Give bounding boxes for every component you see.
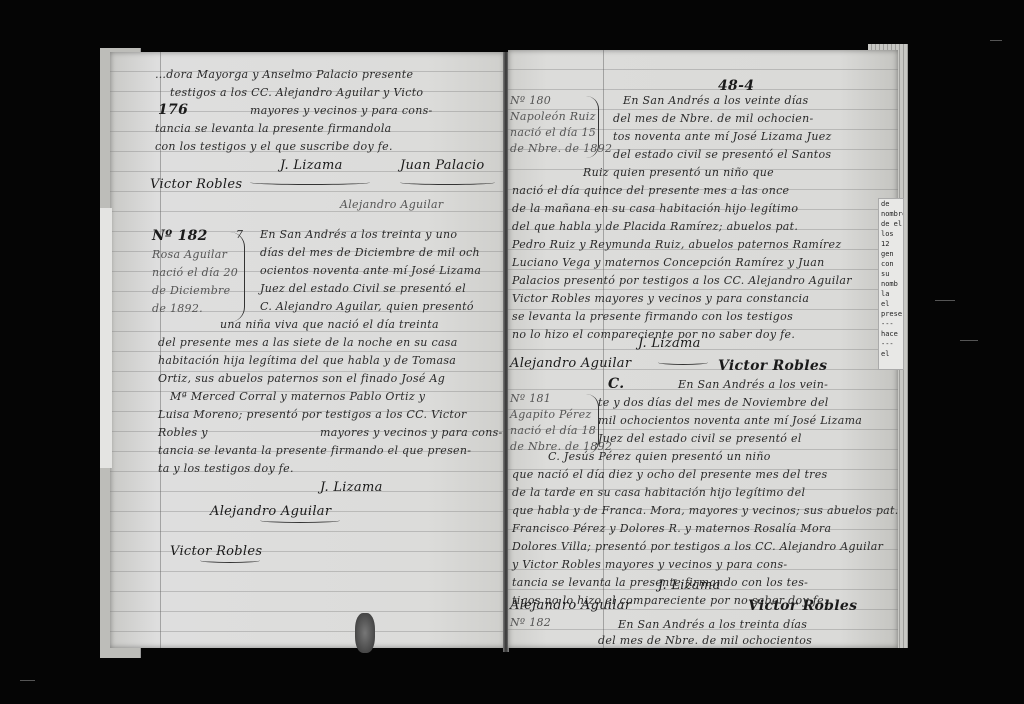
binder-clip — [355, 613, 375, 653]
text-line: mayores y vecinos y para cons- — [320, 426, 503, 439]
text-line: que nació el día diez y ocho del present… — [512, 468, 828, 481]
clipping-text: nombre — [879, 209, 903, 219]
text-line: tancia se levanta la presente firmando e… — [158, 444, 471, 457]
loose-flyleaf — [100, 208, 112, 468]
margin-note: Nº 181 — [510, 392, 551, 405]
text-line: de la tarde en su casa habitación hijo l… — [512, 486, 805, 499]
film-speck — [990, 40, 1002, 41]
signature-flourish — [260, 518, 340, 523]
text-line: días del mes de Diciembre de mil och — [260, 246, 480, 259]
open-register-book: …dora Mayorga y Anselmo Palacio presente… — [100, 38, 910, 663]
text-line: C. Jesús Pérez quien presentó un niño — [548, 450, 771, 463]
clipping-text: --- — [879, 339, 903, 349]
margin-name: Rosa Aguilar — [152, 248, 227, 261]
clipping-text: la — [879, 289, 903, 299]
text-line: nació el día quince del presente mes a l… — [512, 184, 789, 197]
text-line: Juez del estado civil se presentó el — [598, 432, 802, 445]
text-line: te y dos días del mes de Noviembre del — [598, 396, 829, 409]
text-line: Dolores Villa; presentó por testigos a l… — [512, 540, 883, 553]
clipping-text: 12 — [879, 239, 903, 249]
margin-note: de 1892. — [152, 302, 203, 315]
signature: J. Lizama — [320, 480, 383, 495]
text-line: Francisco Pérez y Dolores R. y maternos … — [512, 522, 831, 535]
text-line: Luisa Moreno; presentó por testigos a lo… — [158, 408, 467, 421]
text-line: del presente mes a las siete de la noche… — [158, 336, 458, 349]
text-line: tancia se levanta la presente firmandola — [155, 122, 392, 135]
text-line: testigos a los CC. Alejandro Aguilar y V… — [170, 86, 423, 99]
text-line: Pedro Ruiz y Reymunda Ruiz, abuelos pate… — [512, 238, 841, 251]
clipping-text: el — [879, 349, 903, 359]
text-line: mil ochocientos noventa ante mí José Liz… — [598, 414, 862, 427]
attached-printed-clipping: de nombre de el los 12 gen con su nomb l… — [878, 198, 904, 370]
text-line: y Victor Robles mayores y vecinos y para… — [512, 558, 787, 571]
clipping-text: los — [879, 229, 903, 239]
text-line: Palacios presentó por testigos a los CC.… — [512, 274, 852, 287]
clipping-text: prese — [879, 309, 903, 319]
text-line: del estado civil se presentó el Santos — [613, 148, 831, 161]
clipping-text: su — [879, 269, 903, 279]
margin-note: de Diciembre — [152, 284, 230, 297]
text-line: C. Alejandro Aguilar, quien presentó — [260, 300, 474, 313]
signature: Alejandro Aguilar — [510, 598, 631, 613]
signature: Victor Robles — [718, 358, 827, 374]
text-line: En San Andrés a los vein- — [678, 378, 828, 391]
text-line: una niña viva que nació el día treinta — [220, 318, 439, 331]
margin-name: Agapito Pérez — [510, 408, 592, 421]
margin-note: nació el día 15 — [510, 126, 596, 139]
text-line: del que habla y de Placida Ramírez; abue… — [512, 220, 798, 233]
text-line: Ruiz quien presentó un niño que — [583, 166, 774, 179]
text-line: Juez del estado Civil se presentó el — [260, 282, 466, 295]
text-line: con los testigos y el que suscribe doy f… — [155, 140, 393, 153]
text-line: En San Andrés a los veinte días — [623, 94, 808, 107]
margin-bracket — [230, 232, 245, 322]
signature: Victor Robles — [150, 177, 242, 192]
text-line: habitación hija legítima del que habla y… — [158, 354, 456, 367]
entry-number: Nº 182 — [152, 228, 208, 244]
signature: Alejandro Aguilar — [510, 356, 631, 371]
film-speck — [960, 340, 978, 341]
signature: Victor Robles — [170, 544, 262, 559]
signature: Alejandro Aguilar — [210, 504, 331, 519]
page-number: 48-4 — [718, 78, 754, 94]
left-page: …dora Mayorga y Anselmo Palacio presente… — [110, 52, 505, 648]
signature-flourish — [200, 558, 260, 563]
film-speck — [20, 680, 35, 681]
text-line: Mª Merced Corral y maternos Pablo Ortiz … — [170, 390, 425, 403]
text-line: del mes de Nbre. de mil ochocien- — [613, 112, 814, 125]
margin-note: Nº 180 — [510, 94, 551, 107]
text-line: que habla y de Franca. Mora, mayores y v… — [512, 504, 898, 517]
text-line: En San Andrés a los treinta días — [618, 618, 807, 631]
clipping-text: gen — [879, 249, 903, 259]
text-line: de la mañana en su casa habitación hijo … — [512, 202, 798, 215]
margin-note: Nº 182 — [510, 616, 551, 629]
signature: Victor Robles — [748, 598, 857, 614]
text-line: se levanta la presente firmando con los … — [512, 310, 793, 323]
entry-marker: 7 — [236, 228, 243, 241]
text-line: Victor Robles mayores y vecinos y para c… — [512, 292, 809, 305]
text-line: ocientos noventa ante mí José Lizama — [260, 264, 481, 277]
signature-flourish — [250, 180, 370, 185]
text-line: Ortiz, sus abuelos paternos son el finad… — [158, 372, 445, 385]
signature: J. Lizama — [280, 158, 343, 173]
text-line: …dora Mayorga y Anselmo Palacio presente — [155, 68, 413, 81]
margin-name: Napoleón Ruiz — [510, 110, 596, 123]
film-speck — [935, 300, 955, 301]
entry-number: 176 — [158, 102, 188, 118]
text-line: tos noventa ante mí José Lizama Juez — [613, 130, 832, 143]
margin-note: nació el día 18 — [510, 424, 596, 437]
text-line: del mes de Nbre. de mil ochocientos — [598, 634, 812, 647]
margin-note: nació el día 20 — [152, 266, 238, 279]
text-line: mayores y vecinos y para cons- — [250, 104, 433, 117]
text-line: En San Andrés a los treinta y uno — [260, 228, 457, 241]
clipping-text: el — [879, 299, 903, 309]
clipping-text: nomb — [879, 279, 903, 289]
signature-flourish — [658, 360, 708, 365]
signature-flourish — [400, 180, 495, 185]
signature: Alejandro Aguilar — [340, 198, 443, 211]
signature: J. Lizama — [638, 336, 701, 351]
clipping-text: de — [879, 199, 903, 209]
clipping-text: --- — [879, 319, 903, 329]
clipping-text: hace — [879, 329, 903, 339]
signature: J. Lizama — [658, 578, 721, 593]
margin-bracket — [586, 96, 599, 158]
text-line: Robles y — [158, 426, 208, 439]
entry-marker: C. — [608, 376, 624, 392]
text-line: ta y los testigos doy fe. — [158, 462, 294, 475]
text-line: Luciano Vega y maternos Concepción Ramír… — [512, 256, 824, 269]
signature: Juan Palacio — [400, 158, 485, 173]
clipping-text: de el — [879, 219, 903, 229]
right-page: 48-4 Nº 180 Napoleón Ruiz nació el día 1… — [508, 50, 898, 648]
clipping-text: con — [879, 259, 903, 269]
